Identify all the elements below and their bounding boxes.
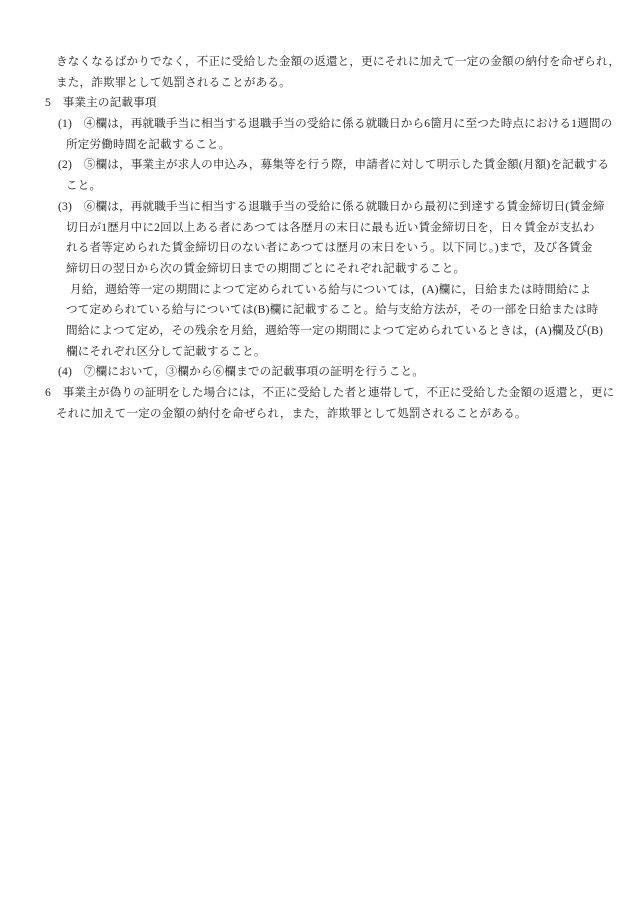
- text-line: また，詐欺罪として処罰されることがある。: [0, 73, 630, 94]
- item-1-line: (1) ④欄は，再就職手当に相当する退職手当の受給に係る就職日から6箇月に至つた…: [0, 114, 630, 135]
- paragraph-first-line: 月給，週給等一定の期間によつて定められている給与については，(A)欄に，日給また…: [0, 280, 630, 301]
- document-body: きなくなるばかりでなく，不正に受給した金額の返還と，更にそれに加えて一定の金額の…: [0, 52, 630, 424]
- text-line: こと。: [0, 176, 630, 197]
- text-line: 所定労働時間を記載すること。: [0, 135, 630, 156]
- text-line: それに加えて一定の金額の納付を命ぜられ，また，詐欺罪として処罰されることがある。: [0, 404, 630, 425]
- text-line: れる者等定められた賃金締切日のない者にあつては歴月の末日をいう。以下同じ。)まで…: [0, 238, 630, 259]
- document-page: きなくなるばかりでなく，不正に受給した金額の返還と，更にそれに加えて一定の金額の…: [0, 0, 630, 903]
- text-line: 締切日の翌日から次の賃金締切日までの期間ごとにそれぞれ記載すること。: [0, 259, 630, 280]
- text-line: きなくなるばかりでなく，不正に受給した金額の返還と，更にそれに加えて一定の金額の…: [0, 52, 630, 73]
- section-heading-6: 6 事業主が偽りの証明をした場合には，不正に受給した者と連帯して，不正に受給した…: [0, 383, 630, 404]
- text-line: つて定められている給与については(B)欄に記載すること。給与支給方法が，その一部…: [0, 300, 630, 321]
- text-line: 切日が1歴月中に2回以上ある者にあつては各歴月の末日に最も近い賃金締切日を，日々…: [0, 218, 630, 239]
- item-2-line: (2) ⑤欄は，事業主が求人の申込み，募集等を行う際，申請者に対して明示した賃金…: [0, 155, 630, 176]
- text-line: 欄にそれぞれ区分して記載すること。: [0, 342, 630, 363]
- item-4-line: (4) ⑦欄において，③欄から⑥欄までの記載事項の証明を行うこと。: [0, 362, 630, 383]
- item-3-line: (3) ⑥欄は，再就職手当に相当する退職手当の受給に係る就職日から最初に到達する…: [0, 197, 630, 218]
- section-heading-5: 5 事業主の記載事項: [0, 93, 630, 114]
- text-line: 間給によつて定め，その残余を月給，週給等一定の期間によつて定められているときは，…: [0, 321, 630, 342]
